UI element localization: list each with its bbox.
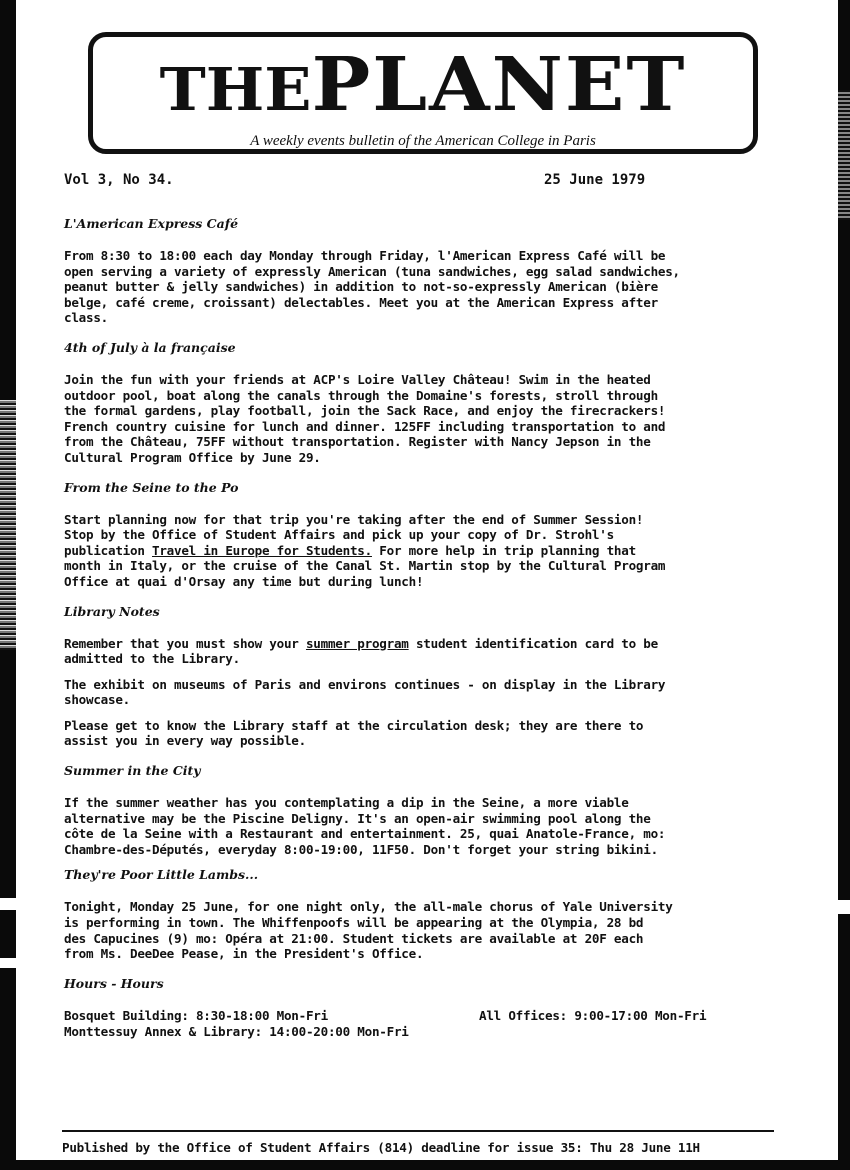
section-paragraph: From 8:30 to 18:00 each day Monday throu… bbox=[64, 248, 784, 326]
hours-row: Monttessuy Annex & Library: 14:00-20:00 … bbox=[64, 1024, 784, 1040]
section-fourth-of-july: 4th of July à la française Join the fun … bbox=[64, 340, 784, 466]
section-paragraph: The exhibit on museums of Paris and envi… bbox=[64, 677, 784, 708]
section-heading: Hours - Hours bbox=[64, 976, 784, 992]
section-heading: From the Seine to the Po bbox=[64, 480, 784, 496]
section-heading: They're Poor Little Lambs... bbox=[64, 867, 784, 883]
section-paragraph: Tonight, Monday 25 June, for one night o… bbox=[64, 899, 784, 961]
section-poor-little-lambs: They're Poor Little Lambs... Tonight, Mo… bbox=[64, 867, 784, 961]
section-heading: L'American Express Café bbox=[64, 216, 784, 232]
volume-number: Vol 3, No 34. bbox=[64, 172, 174, 188]
section-heading: 4th of July à la française bbox=[64, 340, 784, 356]
publication-title: Travel in Europe for Students. bbox=[152, 543, 372, 558]
section-heading: Library Notes bbox=[64, 604, 784, 620]
issue-date: 25 June 1979 bbox=[544, 172, 645, 188]
masthead: THEPLANET A weekly events bulletin of th… bbox=[88, 32, 758, 154]
section-paragraph: Remember that you must show your summer … bbox=[64, 636, 784, 667]
section-paragraph: Start planning now for that trip you're … bbox=[64, 512, 784, 590]
hours-table: Bosquet Building: 8:30-18:00 Mon-Fri All… bbox=[64, 1008, 784, 1040]
hours-cell: Bosquet Building: 8:30-18:00 Mon-Fri bbox=[64, 1008, 328, 1023]
scan-edge-left bbox=[0, 0, 16, 1170]
scan-edge-bottom bbox=[0, 1160, 850, 1170]
section-paragraph: Join the fun with your friends at ACP's … bbox=[64, 372, 784, 466]
section-heading: Summer in the City bbox=[64, 763, 784, 779]
section-seine-to-po: From the Seine to the Po Start planning … bbox=[64, 480, 784, 590]
hours-row: Bosquet Building: 8:30-18:00 Mon-Fri All… bbox=[64, 1008, 784, 1024]
masthead-subtitle: A weekly events bulletin of the American… bbox=[93, 133, 753, 150]
paragraph-text: Remember that you must show your bbox=[64, 636, 306, 651]
scan-edge-right bbox=[838, 0, 850, 1170]
newspaper-title: THEPLANET bbox=[93, 45, 753, 130]
section-hours: Hours - Hours Bosquet Building: 8:30-18:… bbox=[64, 976, 784, 1040]
hours-cell: Monttessuy Annex & Library: 14:00-20:00 … bbox=[64, 1024, 409, 1039]
title-planet: PLANET bbox=[312, 41, 687, 127]
section-cafe: L'American Express Café From 8:30 to 18:… bbox=[64, 216, 784, 326]
section-library-notes: Library Notes Remember that you must sho… bbox=[64, 604, 784, 750]
footer-divider bbox=[62, 1130, 774, 1132]
hours-cell: All Offices: 9:00-17:00 Mon-Fri bbox=[479, 1008, 706, 1024]
bulletin-content: L'American Express Café From 8:30 to 18:… bbox=[64, 216, 784, 1040]
section-summer-in-the-city: Summer in the City If the summer weather… bbox=[64, 763, 784, 857]
section-paragraph: If the summer weather has you contemplat… bbox=[64, 795, 784, 857]
title-the: THE bbox=[160, 55, 312, 124]
footer-publisher-note: Published by the Office of Student Affai… bbox=[62, 1140, 700, 1155]
section-paragraph: Please get to know the Library staff at … bbox=[64, 718, 784, 749]
underlined-phrase: summer program bbox=[306, 636, 409, 651]
